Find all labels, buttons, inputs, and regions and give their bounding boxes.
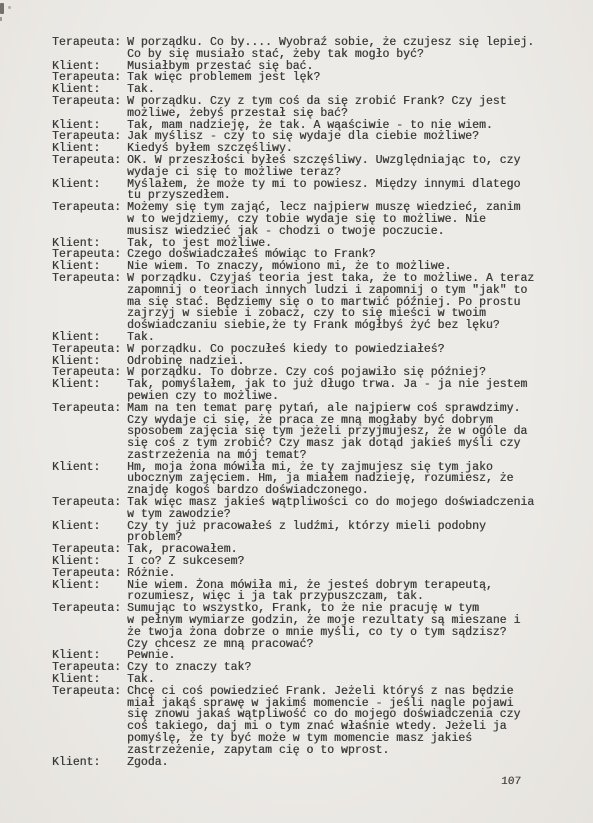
dialogue-turn: Klient: Czy ty już pracowałeś z ludźmi, … [52,521,553,545]
dialogue-turn: Terapeuta: W porządku. Co poczułeś kiedy… [52,344,553,356]
turn-text: Możemy się tym zająć, lecz najpierw musz… [127,202,553,237]
turn-text: Czy to znaczy tak? [127,662,553,674]
turn-text: Sumując to wszystko, Frank, to że nie pr… [127,603,553,650]
document-page: Terapeuta: W porządku. Co by.... Wyobraź… [0,0,593,823]
speaker-label: Terapeuta: [52,568,127,580]
speaker-label: Klient: [52,757,127,769]
turn-text: Myślałem, że może ty mi to powiesz. Międ… [127,179,553,203]
turn-text: Nie wiem. Żona mówiła mi, że jesteś dobr… [127,580,553,604]
speaker-label: Terapeuta: [52,37,127,49]
speaker-label: Terapeuta: [52,155,127,167]
dialogue-turn: Terapeuta: Różnie. [52,568,553,580]
turn-text: Tak. [127,332,553,344]
dialogue-turn: Terapeuta: Mam na ten temat parę pytań, … [52,403,553,462]
turn-text: Różnie. [127,568,553,580]
turn-text: W porządku. Co by.... Wyobraź sobie, że … [127,37,553,61]
speaker-label: Klient: [52,462,127,474]
dialogue-turn: Klient: Hm, moja żona mówiła mi, że ty z… [52,462,553,497]
speaker-label: Klient: [52,332,127,344]
speaker-label: Klient: [52,179,127,191]
page-number: 107 [501,777,522,788]
dialogue-turn: Klient: Nie wiem. Żona mówiła mi, że jes… [52,580,553,604]
speaker-label: Terapeuta: [52,403,127,415]
dialogue-turn: Terapeuta: Chcę ci coś powiedzieć Frank.… [52,686,553,757]
dialogue-turn: Klient: Myślałem, że może ty mi to powie… [52,179,553,203]
turn-text: OK. W przeszłości byłeś szczęśliwy. Uwzg… [127,155,553,179]
dialogue-turn: Klient: Zgoda. [52,757,553,769]
dialogue-turn: Terapeuta: W porządku. Czyjaś teoria jes… [52,273,553,332]
speaker-label: Terapeuta: [52,497,127,509]
speaker-label: Terapeuta: [52,344,127,356]
dialogue-turn: Terapeuta: Sumując to wszystko, Frank, t… [52,603,553,650]
turn-text: W porządku. Czyjaś teoria jest taka, że … [127,273,553,332]
turn-text: Tak więc masz jakieś wątpliwości co do m… [127,497,553,521]
turn-text: W porządku. Co poczułeś kiedy to powiedz… [127,344,553,356]
speaker-label: Terapeuta: [52,686,127,698]
dialogue-transcript: Terapeuta: W porządku. Co by.... Wyobraź… [0,0,593,768]
turn-text: Tak więc problemem jest lęk? [127,72,553,84]
dialogue-turn: Terapeuta: Możemy się tym zająć, lecz na… [52,202,553,237]
dialogue-turn: Klient: Tak, pomyślałem, jak to już dług… [52,379,553,403]
dialogue-turn: Terapeuta: W porządku. Co by.... Wyobraź… [52,37,553,61]
turn-text: W porządku. Czy z tym coś da się zrobić … [127,96,553,120]
speaker-label: Terapeuta: [52,603,127,615]
dialogue-turn: Klient: Tak. [52,332,553,344]
speaker-label: Klient: [52,521,127,533]
speaker-label: Klient: [52,580,127,592]
turn-text: Mam na ten temat parę pytań, ale najpier… [127,403,553,462]
turn-text: Czy ty już pracowałeś z ludźmi, którzy m… [127,521,553,545]
turn-text: Chcę ci coś powiedzieć Frank. Jeżeli któ… [127,686,553,757]
turn-text: I co? Z sukcesem? [127,556,553,568]
turn-text: Hm, moja żona mówiła mi, że ty zajmujesz… [127,462,553,497]
speaker-label: Klient: [52,379,127,391]
dialogue-turn: Terapeuta: Tak więc masz jakieś wątpliwo… [52,497,553,521]
turn-text: Zgoda. [127,757,553,769]
speaker-label: Terapeuta: [52,96,127,108]
turn-text: Tak, pomyślałem, jak to już długo trwa. … [127,379,553,403]
speaker-label: Terapeuta: [52,273,127,285]
dialogue-turn: Terapeuta: OK. W przeszłości byłeś szczę… [52,155,553,179]
dialogue-turn: Terapeuta: W porządku. Czy z tym coś da … [52,96,553,120]
speaker-label: Terapeuta: [52,202,127,214]
